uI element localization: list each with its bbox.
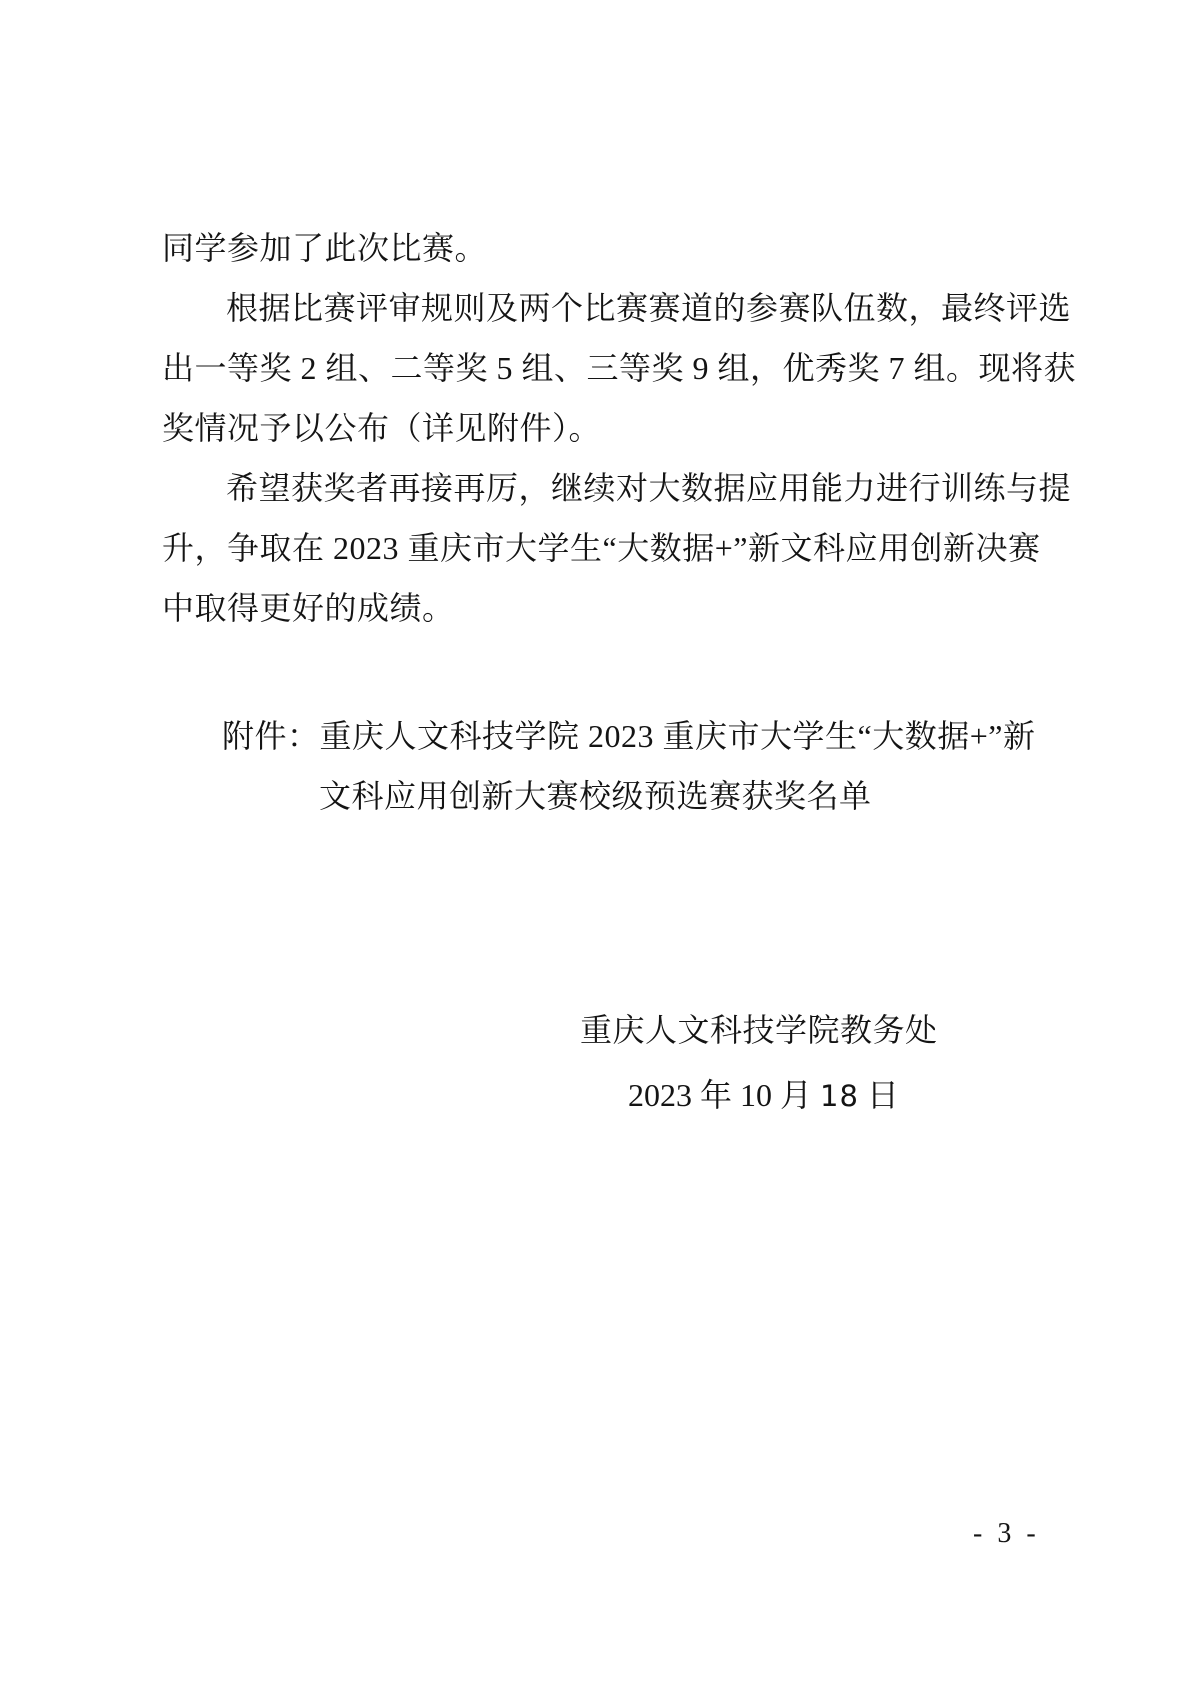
issue-date: 2023 年 10 月 18 日 <box>628 1077 899 1114</box>
body-line: 根据比赛评审规则及两个比赛赛道的参赛队伍数，最终评选 <box>162 278 1067 338</box>
body-line: 出一等奖 2 组、二等奖 5 组、三等奖 9 组，优秀奖 7 组。现将获 <box>162 338 1067 398</box>
issue-date-suffix: 日 <box>859 1077 899 1113</box>
body-line: 升，争取在 2023 重庆市大学生“大数据+”新文科应用创新决赛 <box>162 518 1067 578</box>
document-body: 同学参加了此次比赛。 根据比赛评审规则及两个比赛赛道的参赛队伍数，最终评选 出一… <box>162 218 1067 638</box>
attachment-note: 附件：重庆人文科技学院 2023 重庆市大学生“大数据+”新 文科应用创新大赛校… <box>162 706 1067 826</box>
page-number: - 3 - <box>973 1518 1040 1550</box>
attachment-line-2: 文科应用创新大赛校级预选赛获奖名单 <box>162 766 1067 826</box>
body-line: 中取得更好的成绩。 <box>162 578 1067 638</box>
issuer-signature: 重庆人文科技学院教务处 <box>580 1012 938 1048</box>
issue-date-day: 18 <box>820 1079 859 1113</box>
body-line: 奖情况予以公布（详见附件）。 <box>162 398 1067 458</box>
body-line: 希望获奖者再接再厉，继续对大数据应用能力进行训练与提 <box>162 458 1067 518</box>
body-line: 同学参加了此次比赛。 <box>162 218 1067 278</box>
attachment-line-1: 附件：重庆人文科技学院 2023 重庆市大学生“大数据+”新 <box>162 706 1067 766</box>
issue-date-prefix: 2023 年 10 月 <box>628 1077 820 1113</box>
document-page: 同学参加了此次比赛。 根据比赛评审规则及两个比赛赛道的参赛队伍数，最终评选 出一… <box>0 0 1191 1684</box>
